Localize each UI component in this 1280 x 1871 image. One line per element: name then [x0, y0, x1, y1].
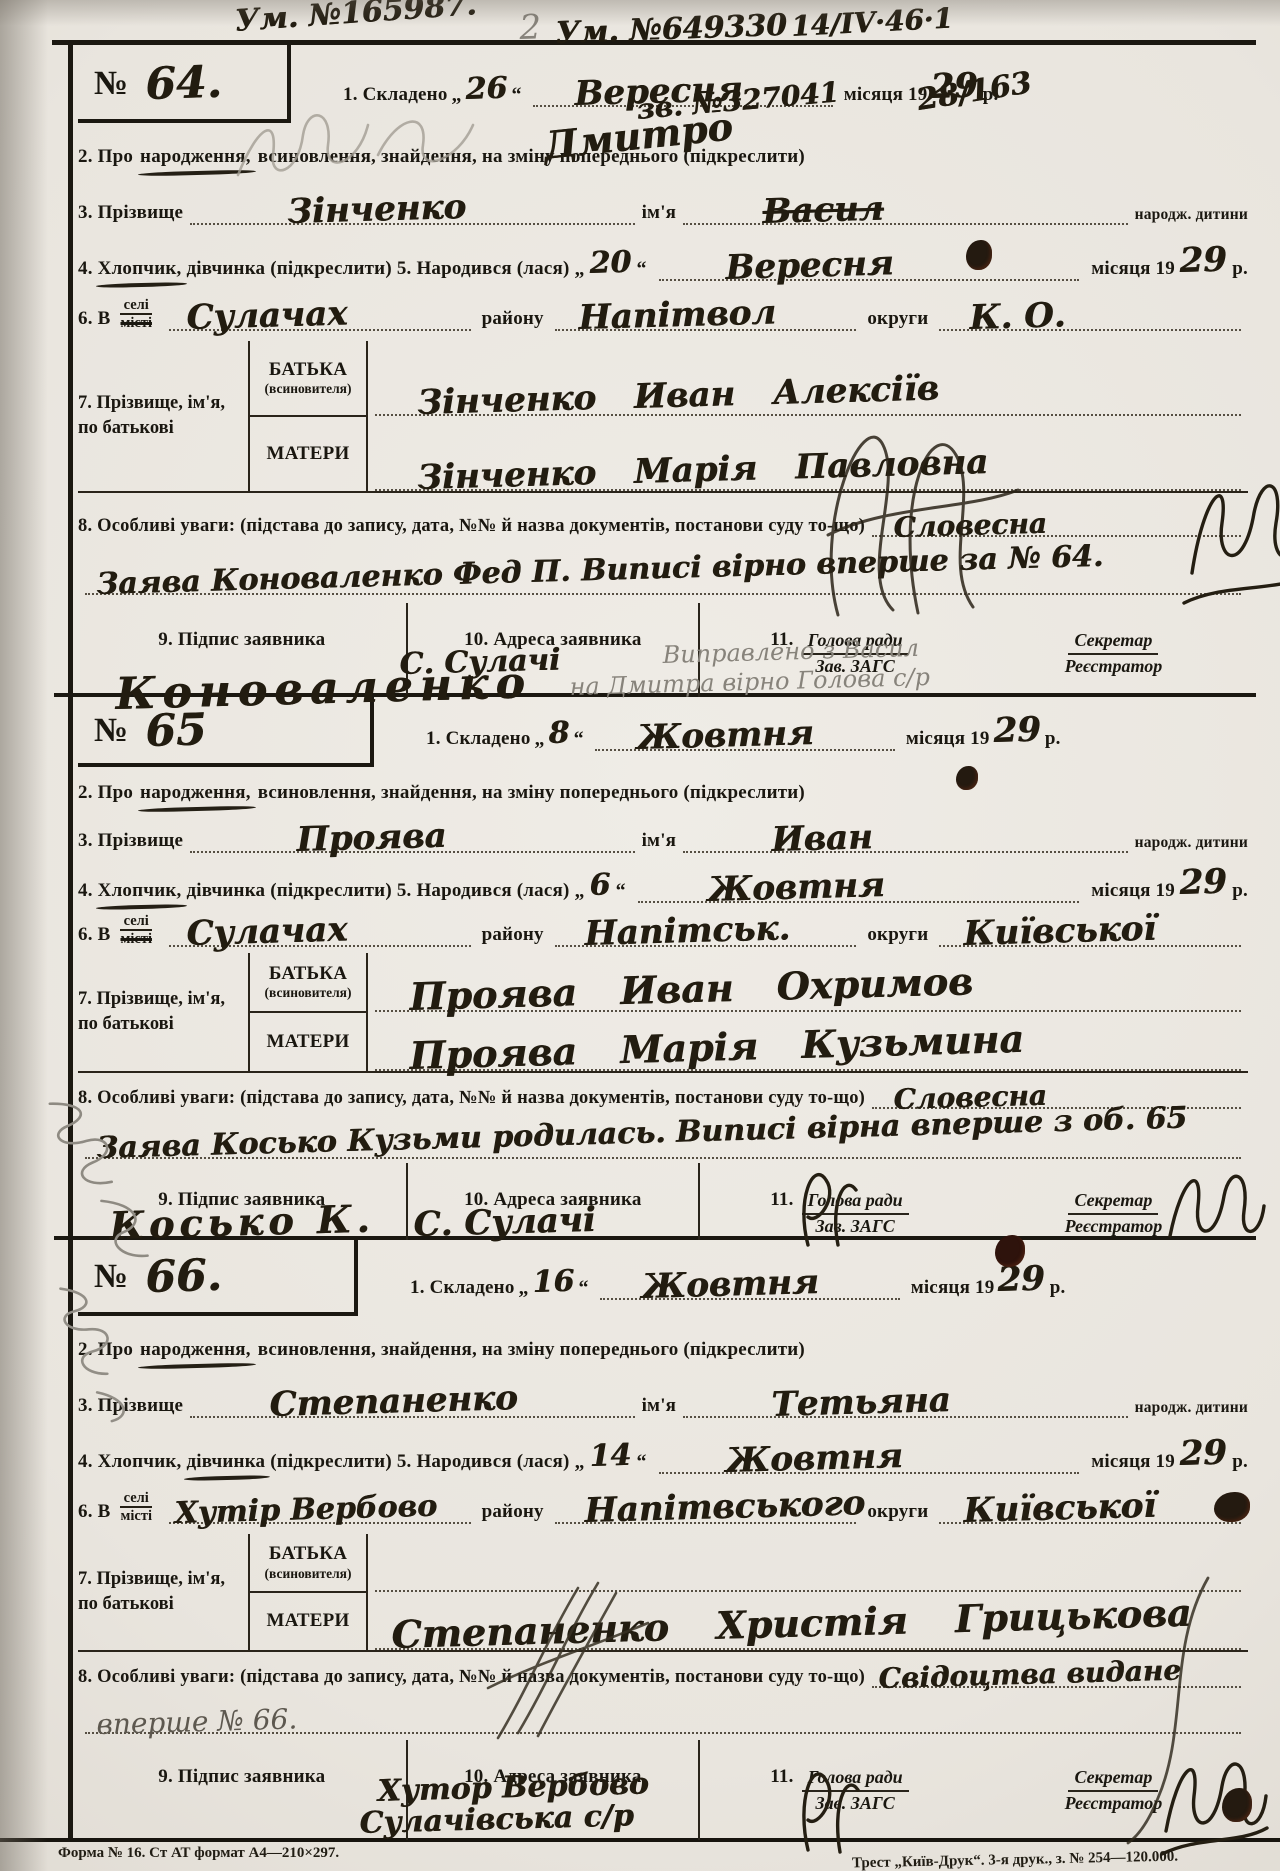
ink-blot	[1222, 1788, 1252, 1822]
village-option: селі	[120, 297, 152, 315]
field-remarks-text: Заява Косько Кузьми родилась. Виписі вір…	[78, 1109, 1248, 1159]
field-sex-and-birthdate: 4. Хлопчик, дівчинка (підкреслити) 5. На…	[78, 237, 1248, 281]
name-label: ім'я	[642, 202, 677, 225]
town-option-struck: місті	[120, 931, 152, 947]
f6-pre: 6. В	[78, 1501, 110, 1524]
field-place: 6. В селі місті Сулачах району Напітськ.…	[78, 907, 1248, 947]
remarks-line: Заява Косько Кузьми родилась. Виписі вір…	[85, 1127, 1241, 1159]
no-sign: №	[94, 65, 128, 103]
secretary-stack: Секретар Реєстратор	[1065, 1189, 1163, 1237]
village-option: селі	[120, 1490, 152, 1508]
hw-born-day: 20	[589, 245, 632, 281]
mother-line: Проява Марія Кузьмина	[368, 1012, 1248, 1071]
hw-father: Проява Иван Охримов	[408, 958, 973, 1019]
girl-label: дівчинка	[186, 880, 265, 903]
r-label: р.	[1232, 258, 1248, 281]
made-label: 1. Складено	[410, 1277, 515, 1300]
hw-born-year: 29	[1179, 1433, 1227, 1474]
rayon-label: району	[482, 924, 544, 947]
month19-label: місяця 19	[1091, 258, 1175, 281]
quote-open: „	[574, 1450, 584, 1474]
name-label: ім'я	[642, 830, 677, 853]
parents-label-line1: 7. Прізвище, ім'я,	[78, 989, 225, 1009]
surname-line: Проява	[190, 809, 634, 853]
village-line: Хутір Вербово	[169, 1480, 471, 1524]
father-label: БАТЬКА	[269, 1543, 347, 1566]
name-label: ім'я	[642, 1395, 677, 1418]
born-label: 5. Народився (лася)	[397, 1451, 570, 1474]
village-line: Сулачах	[169, 905, 471, 947]
field-sex-and-birthdate: 4. Хлопчик, дівчинка (підкреслити) 5. На…	[78, 1430, 1248, 1474]
remarks-label: 8. Особливі уваги: (підстава до запису, …	[78, 1087, 865, 1109]
underline-note: (підкреслити)	[270, 880, 392, 903]
hw-made-month: Жовтня	[641, 1262, 819, 1307]
f6-pre: 6. В	[78, 308, 110, 331]
quote-open: „	[519, 1276, 529, 1300]
f2-birth-underlined: народження,	[140, 1339, 251, 1362]
parents-label: 7. Прізвище, ім'я, по батькові	[78, 1567, 248, 1617]
boy-label-underlined: Хлопчик,	[98, 258, 182, 281]
f2-birth-underlined: народження,	[140, 782, 251, 805]
field-parents: 7. Прізвище, ім'я, по батькові БАТЬКА (в…	[78, 341, 1248, 493]
okruga-label: округи	[867, 308, 928, 331]
okruga-label: округи	[867, 924, 928, 947]
top-note-mid: 2	[519, 7, 542, 48]
applicant-signature-label: 9. Підпис заявника	[158, 1766, 325, 1789]
town-option-struck: місті	[120, 315, 152, 331]
hw-born-month: Вересня	[725, 243, 894, 288]
quote-open: „	[574, 879, 584, 903]
mother-cell: МАТЕРИ	[250, 1013, 366, 1071]
born-label: 5. Народився (лася)	[397, 880, 570, 903]
ink-blot	[956, 766, 978, 790]
hw-made-year: 29	[992, 710, 1040, 751]
village-option: селі	[120, 913, 152, 931]
form-imprint-left: Форма № 16. Ст АТ формат А4—210×297.	[58, 1845, 339, 1862]
quote-close: “	[636, 1450, 646, 1474]
hw-mother: Проява Марія Кузьмина	[408, 1016, 1024, 1078]
rayon-line: Напітвського	[555, 1480, 857, 1524]
hw-child-name: Тетьяна	[771, 1380, 951, 1425]
father-cell: БАТЬКА (всиновителя)	[250, 953, 366, 1013]
long-pen-stroke	[1098, 1568, 1238, 1848]
quote-close: “	[578, 1276, 588, 1300]
village-town-choice: селі місті	[120, 297, 152, 331]
record-number: 64.	[145, 56, 223, 109]
secretary-label: Секретар	[1068, 629, 1158, 655]
hw-made-month: Жовтня	[636, 713, 814, 758]
hw-okruga: Київської	[962, 1486, 1156, 1531]
hw-remarks: вперше № 66.	[96, 1702, 298, 1741]
mother-label: МАТЕРИ	[267, 1031, 350, 1054]
hw-made-day: 16	[532, 1264, 575, 1300]
f2-pre: 2. Про	[78, 782, 133, 805]
quote-open: „	[574, 257, 584, 281]
village-line: Сулачах	[169, 287, 471, 331]
hw-born-year: 29	[1179, 240, 1227, 281]
field-place: 6. В селі місті Сулачах району Напітвол …	[78, 289, 1248, 331]
record-66: № 66. 1. Складено „ 16 “ Жовтня місяця 1…	[78, 1238, 1248, 1838]
hw-born-month: Жовтня	[725, 1436, 903, 1481]
ink-blot	[1214, 1492, 1250, 1522]
hw-born-year: 29	[1179, 862, 1227, 903]
r-label: р.	[1232, 880, 1248, 903]
mother-cell: МАТЕРИ	[250, 1593, 366, 1650]
father-label: БАТЬКА	[269, 359, 347, 382]
rayon-label: району	[482, 1501, 544, 1524]
hw-village: Сулачах	[186, 294, 348, 338]
parents-label-line2: по батькові	[78, 418, 174, 438]
rayon-label: району	[482, 308, 544, 331]
parents-cells: БАТЬКА (всиновителя) МАТЕРИ	[248, 1534, 368, 1650]
father-label: БАТЬКА	[269, 963, 347, 986]
head-signature	[778, 1740, 878, 1870]
field-parents: 7. Прізвище, ім'я, по батькові БАТЬКА (в…	[78, 953, 1248, 1073]
field-surname-name: 3. Прізвище Проява ім'я Иван народж. дит…	[78, 811, 1248, 853]
secretary-signature	[1174, 453, 1280, 623]
hw-made-day: 8	[548, 715, 570, 751]
f4-num: 4.	[78, 1451, 93, 1474]
parents-values: Проява Иван Охримов Проява Марія Кузьмин…	[368, 953, 1248, 1071]
parents-label-line1: 7. Прізвище, ім'я,	[78, 393, 225, 413]
secretary-label: Секретар	[1068, 1189, 1158, 1215]
pencil-scribble	[218, 65, 518, 195]
r-label: р.	[1050, 1277, 1066, 1300]
head-signature	[778, 1145, 868, 1260]
hw-okruga: Київської	[962, 909, 1156, 954]
signature-block: 9. Підпис заявника 10. Адреса заявника 1…	[78, 1740, 1248, 1840]
parents-label: 7. Прізвище, ім'я, по батькові	[78, 987, 248, 1037]
secretary-signature	[1158, 1151, 1268, 1261]
r-label: р.	[1045, 728, 1061, 751]
overwriting-scribble	[458, 1568, 678, 1748]
father-line: Проява Иван Охримов	[368, 953, 1248, 1012]
pen-flourish	[768, 385, 1068, 635]
girl-label-underlined: дівчинка	[186, 1451, 265, 1474]
registrar-label: Реєстратор	[1065, 655, 1163, 678]
surname-label: 3. Прізвище	[78, 202, 183, 225]
born-month-line: Жовтня	[659, 1428, 1080, 1474]
girl-label: дівчинка	[186, 258, 265, 281]
rayon-line: Напітвол	[555, 287, 857, 331]
signature-block: 9. Підпис заявника 10. Адреса заявника 1…	[78, 1163, 1248, 1240]
born-label: 5. Народився (лася)	[397, 258, 570, 281]
made-label: 1. Складено	[426, 728, 531, 751]
okruga-line: Київської	[939, 1480, 1241, 1524]
print-house-imprint: Трест „Київ-Друк“. 3-я друк., з. № 254—1…	[852, 1849, 1178, 1871]
parents-cells: БАТЬКА (всиновителя) МАТЕРИ	[248, 953, 368, 1071]
record-65: № 65 1. Складено „ 8 “ Жовтня місяця 19 …	[78, 695, 1248, 1238]
parents-label-line2: по батькові	[78, 1014, 174, 1034]
quote-close: “	[636, 257, 646, 281]
okruga-label: округи	[867, 1501, 928, 1524]
f2-rest: всиновлення, знайдення, на зміну поперед…	[258, 782, 805, 805]
parents-cells: БАТЬКА (всиновителя) МАТЕРИ	[248, 341, 368, 491]
ink-blot	[966, 240, 992, 270]
applicant-signature-label: 9. Підпис заявника	[158, 629, 325, 652]
mother-label: МАТЕРИ	[267, 1610, 350, 1633]
hw-okruga: К. О.	[968, 295, 1065, 338]
town-option: місті	[120, 1508, 152, 1524]
month19-label: місяця 19	[1091, 880, 1175, 903]
field-record-type: 2. Про народження, всиновлення, знайденн…	[78, 777, 1248, 805]
registrar-label: Реєстратор	[1065, 1215, 1163, 1238]
father-sublabel: (всиновителя)	[265, 1566, 352, 1582]
child-birth-label: народж. дитини	[1135, 206, 1248, 225]
okruga-line: Київської	[939, 905, 1241, 947]
hw-rayon: Напітвського	[584, 1483, 866, 1531]
hw-born-day: 14	[589, 1438, 632, 1474]
child-birth-label: народж. дитини	[1135, 834, 1248, 853]
signature-block: 9. Підпис заявника 10. Адреса заявника 1…	[78, 603, 1248, 697]
hw-village: Хутір Вербово	[174, 1489, 437, 1531]
applicant-signature-col: 9. Підпис заявника	[78, 1740, 406, 1840]
child-birth-label: народж. дитини	[1135, 1399, 1248, 1418]
okruga-line: К. О.	[939, 287, 1241, 331]
village-town-choice: селі місті	[120, 1490, 152, 1524]
parents-label-line2: по батькові	[78, 1594, 174, 1614]
hw-born-day: 6	[589, 867, 611, 903]
hw-village: Сулачах	[186, 910, 348, 954]
father-cell: БАТЬКА (всиновителя)	[250, 341, 366, 417]
hw-born-month: Жовтня	[707, 865, 885, 910]
f4-num: 4.	[78, 258, 93, 281]
form-left-border	[68, 42, 73, 1840]
field-remarks-label: 8. Особливі уваги: (підстава до запису, …	[78, 507, 1248, 537]
hw-address: С. Сулачі	[413, 1200, 596, 1245]
parents-label-line1: 7. Прізвище, ім'я,	[78, 1569, 225, 1589]
hw-rayon: Напітськ.	[584, 908, 791, 954]
remarks-label: 8. Особливі уваги: (підстава до запису, …	[78, 515, 865, 537]
f4-num: 4.	[78, 880, 93, 903]
hw-child-name: Васил	[762, 189, 884, 232]
made-month-line: Жовтня	[595, 719, 895, 751]
month19-label: місяця 19	[1091, 1451, 1175, 1474]
top-note-right-date: 14/ІV·46·1	[790, 2, 953, 43]
hw-remarks: Заява Косько Кузьми родилась. Виписі вір…	[96, 1101, 1188, 1166]
hw-surname: Степаненко	[269, 1378, 518, 1425]
father-sublabel: (всиновителя)	[265, 985, 352, 1001]
month19-label: місяця 19	[906, 728, 990, 751]
rayon-line: Напітськ.	[555, 905, 857, 947]
field-place: 6. В селі місті Хутір Вербово району Нап…	[78, 1482, 1248, 1524]
field-surname-name: 3. Прізвище Степаненко ім'я Тетьяна наро…	[78, 1372, 1248, 1418]
boy-label-underlined: Хлопчик,	[98, 880, 182, 903]
quote-close: “	[574, 727, 584, 751]
secretary-stack: Секретар Реєстратор	[1065, 629, 1163, 677]
ink-blot	[995, 1235, 1025, 1267]
month19-label: місяця 19	[911, 1277, 995, 1300]
scanned-registry-page: Ум. №165987. 2 Ум. №649330 14/ІV·46·1 № …	[0, 0, 1280, 1871]
name-line: Тетьяна	[683, 1370, 1127, 1418]
born-month-line: Вересня	[659, 235, 1080, 281]
record-64: № 64. 1. Складено „ 26 “ Вересня місяця …	[78, 45, 1248, 695]
name-line: Васил	[683, 177, 1127, 225]
f2-rest: всиновлення, знайдення, на зміну поперед…	[258, 1339, 805, 1362]
f6-pre: 6. В	[78, 924, 110, 947]
made-month-line: Жовтня	[600, 1268, 900, 1300]
hw-child-name: Иван	[771, 817, 873, 860]
born-month-line: Жовтня	[638, 859, 1079, 903]
record-66-header: № 66. 1. Складено „ 16 “ Жовтня місяця 1…	[78, 1238, 1248, 1316]
field-remarks-text: Заява Коноваленко Фед П. Виписі вірно вп…	[78, 537, 1248, 595]
quote-close: “	[616, 879, 626, 903]
father-cell: БАТЬКА (всиновителя)	[250, 1534, 366, 1593]
quote-open: „	[535, 727, 545, 751]
hw-surname: Проява	[296, 816, 447, 860]
parents-label: 7. Прізвище, ім'я, по батькові	[78, 391, 248, 441]
village-town-choice: селі місті	[120, 913, 152, 947]
field-record-type: 2. Про народження, всиновлення, знайденн…	[78, 1332, 1248, 1362]
r-label: р.	[1232, 1451, 1248, 1474]
father-sublabel: (всиновителя)	[265, 381, 352, 397]
mother-label: МАТЕРИ	[267, 443, 350, 466]
underline-note: (підкреслити)	[270, 258, 392, 281]
underline-note: (підкреслити)	[270, 1451, 392, 1474]
name-line: Иван	[683, 809, 1127, 853]
hw-rayon: Напітвол	[578, 292, 777, 338]
surname-line: Степаненко	[190, 1370, 634, 1418]
f2-pre: 2. Про	[78, 146, 133, 169]
surname-label: 3. Прізвище	[78, 830, 183, 853]
mother-cell: МАТЕРИ	[250, 417, 366, 491]
top-note-left: Ум. №165987.	[234, 0, 478, 39]
field-sex-and-birthdate: 4. Хлопчик, дівчинка (підкреслити) 5. На…	[78, 861, 1248, 903]
